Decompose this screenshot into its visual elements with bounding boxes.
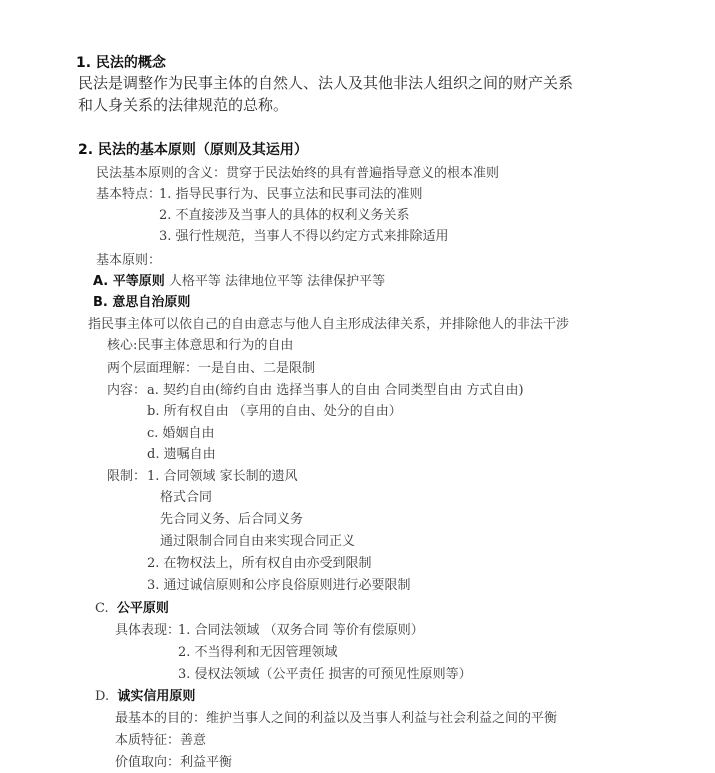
expr-item-2: 2. 不当得利和无因管理领域 xyxy=(178,645,338,661)
principle-a-title: A. 平等原则 xyxy=(93,274,165,289)
content-label: 内容： xyxy=(107,383,146,399)
principle-a-items: 人格平等 法律地位平等 法律保护平等 xyxy=(165,274,385,289)
principle-meaning: 民法基本原则的含义：贯穿于民法始终的具有普遍指导意义的根本准则 xyxy=(96,166,499,182)
limit-item-1-sub-1: 格式合同 xyxy=(160,490,212,506)
section-1-title: 1. 民法的概念 xyxy=(76,55,166,71)
limit-item-3: 3. 通过诚信原则和公序良俗原则进行必要限制 xyxy=(147,578,411,594)
principle-d: D. 诚实信用原则 xyxy=(95,689,195,705)
content-item-b: b. 所有权自由 （享用的自由、处分的自由） xyxy=(147,404,402,420)
principle-d-letter: D. xyxy=(95,689,109,704)
feature-item-3: 3. 强行性规范，当事人不得以约定方式来排除适用 xyxy=(159,229,449,245)
limit-item-1: 1. 合同领域 家长制的遗风 xyxy=(147,469,298,485)
principle-c-letter: C. xyxy=(95,601,109,616)
principles-label: 基本原则： xyxy=(96,253,161,269)
principle-d-essence: 本质特征：善意 xyxy=(115,733,206,749)
content-item-a: a. 契约自由(缔约自由 选择当事人的自由 合同类型自由 方式自由) xyxy=(147,383,524,399)
principle-b-core: 核心:民事主体意思和行为的自由 xyxy=(107,338,293,354)
principle-a: A. 平等原则 人格平等 法律地位平等 法律保护平等 xyxy=(93,274,385,290)
section-1-body-line-2: 和人身关系的法律规范的总称。 xyxy=(78,97,288,113)
limit-item-2: 2. 在物权法上，所有权自由亦受到限制 xyxy=(147,556,372,572)
feature-item-2: 2. 不直接涉及当事人的具体的权利义务关系 xyxy=(159,208,410,224)
principle-b-two-levels: 两个层面理解：一是自由、二是限制 xyxy=(107,361,315,377)
feature-item-1: 1. 指导民事行为、民事立法和民事司法的准则 xyxy=(159,187,423,203)
content-item-c: c. 婚姻自由 xyxy=(147,426,215,442)
principle-d-purpose: 最基本的目的：维护当事人之间的利益以及当事人利益与社会利益之间的平衡 xyxy=(115,711,557,727)
principle-b-title: B. 意思自治原则 xyxy=(93,295,190,311)
content-item-d: d. 遗嘱自由 xyxy=(147,447,216,463)
principle-c: C. 公平原则 xyxy=(95,601,169,617)
features-label: 基本特点： xyxy=(96,187,161,203)
principle-d-value: 价值取向：利益平衡 xyxy=(115,755,232,771)
limit-item-1-sub-3: 通过限制合同自由来实现合同正义 xyxy=(160,534,355,550)
principle-c-title: 公平原则 xyxy=(117,601,169,616)
expr-item-1: 1. 合同法领域 （双务合同 等价有偿原则） xyxy=(178,623,424,639)
limits-label: 限制： xyxy=(107,469,146,485)
limit-item-1-sub-2: 先合同义务、后合同义务 xyxy=(160,512,303,528)
expr-label: 具体表现： xyxy=(115,623,180,639)
section-1-body-line-1: 民法是调整作为民事主体的自然人、法人及其他非法人组织之间的财产关系 xyxy=(78,75,573,91)
principle-d-title: 诚实信用原则 xyxy=(117,689,195,704)
section-2-title: 2. 民法的基本原则（原则及其运用） xyxy=(78,142,308,158)
principle-b-definition: 指民事主体可以依自己的自由意志与他人自主形成法律关系，并排除他人的非法干涉 xyxy=(88,317,569,333)
expr-item-3: 3. 侵权法领域（公平责任 损害的可预见性原则等） xyxy=(178,667,472,683)
